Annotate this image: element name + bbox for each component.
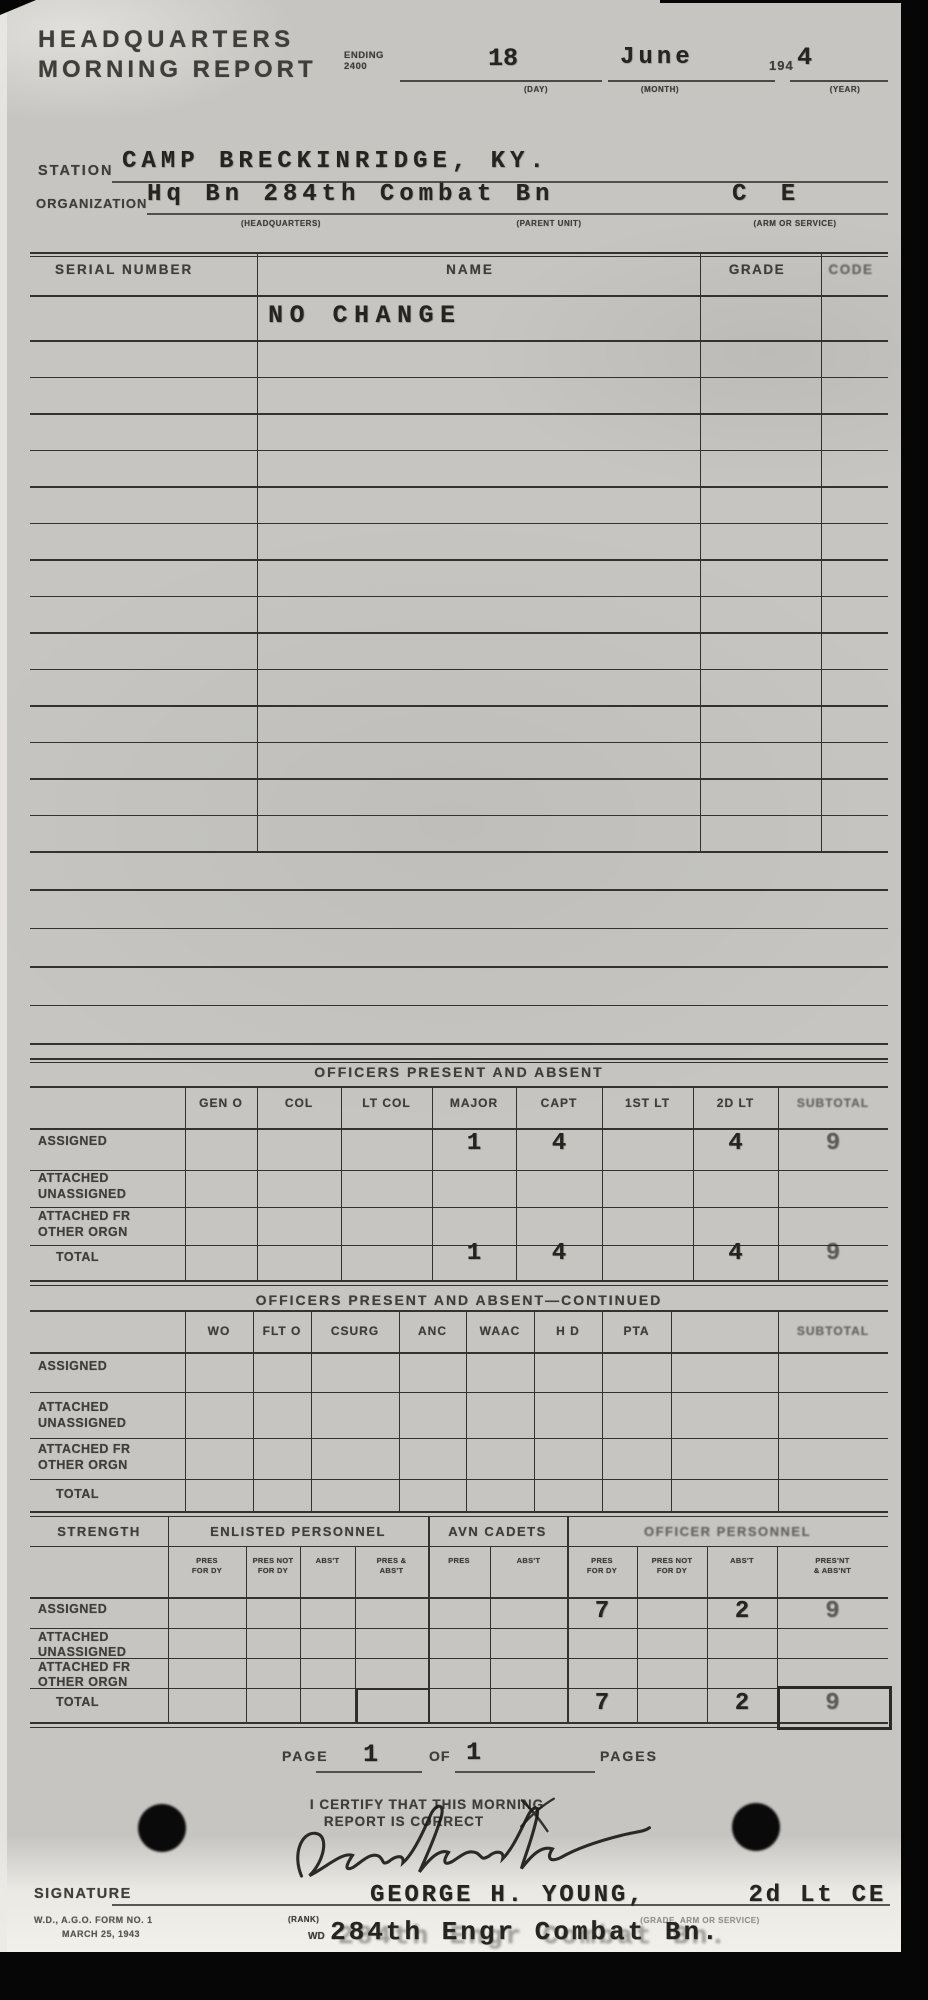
column-divider xyxy=(168,1516,169,1722)
officers-col-header: MAJOR xyxy=(450,1096,498,1110)
officers-continued-col-header: FLT O xyxy=(263,1324,302,1338)
rule-line xyxy=(30,1352,888,1354)
punch-hole-right xyxy=(732,1803,780,1851)
column-divider xyxy=(700,252,701,851)
total-pages-value: 1 xyxy=(466,1738,481,1767)
strength-col-header: ABS'T xyxy=(316,1556,340,1566)
rule-line xyxy=(30,450,888,451)
column-divider xyxy=(257,1086,258,1280)
column-divider xyxy=(821,252,822,851)
rule-line xyxy=(30,1086,888,1088)
column-divider xyxy=(671,1310,672,1511)
form-date-line: MARCH 25, 1943 xyxy=(62,1929,140,1939)
rule-line xyxy=(30,1043,888,1045)
column-divider xyxy=(257,252,258,851)
column-divider xyxy=(300,1546,301,1722)
strength-row-label: TOTAL xyxy=(56,1695,99,1710)
officers-continued-col-header: CSURG xyxy=(331,1324,379,1338)
rule-line xyxy=(30,928,888,929)
group-officer-personnel: OFFICER PERSONNEL xyxy=(644,1524,811,1539)
rule-line xyxy=(30,1722,888,1724)
wd-stamp-label: WD xyxy=(308,1931,325,1942)
officers-row-label: ATTACHED UNASSIGNED xyxy=(38,1170,126,1202)
column-divider xyxy=(778,1086,779,1280)
page-number-value: 1 xyxy=(363,1740,378,1769)
form-tables-layer: SERIAL NUMBERNAMEGRADECODENO CHANGEOFFIC… xyxy=(0,0,928,2000)
scanned-morning-report: HEADQUARTERS MORNING REPORT ENDING 2400 … xyxy=(0,0,928,2000)
rule-line xyxy=(30,256,888,257)
roster-col-name: NAME xyxy=(446,262,494,277)
column-divider xyxy=(534,1310,535,1511)
officers-col-header: COL xyxy=(285,1096,313,1110)
column-divider xyxy=(399,1310,400,1511)
rule-line xyxy=(30,486,888,488)
typed-unit-line: 284th Engr Combat Bn. xyxy=(330,1917,721,1947)
officers-continued-col-header: H D xyxy=(556,1324,580,1338)
rule-line xyxy=(30,295,888,297)
column-divider xyxy=(707,1546,708,1722)
column-divider xyxy=(602,1086,603,1280)
signature-label: SIGNATURE xyxy=(34,1886,132,1902)
officers-cell-value: 1 xyxy=(467,1240,481,1267)
officers-continued-row-label: TOTAL xyxy=(56,1486,99,1502)
rule-line xyxy=(30,1128,888,1130)
roster-col-serial-number: SERIAL NUMBER xyxy=(55,262,193,277)
officers-col-header: LT COL xyxy=(362,1096,410,1110)
strength-cell-value: 7 xyxy=(595,1598,609,1625)
strength-col-header: PRES & ABS'T xyxy=(377,1556,407,1575)
officers-continued-col-header: ANC xyxy=(418,1324,447,1338)
scan-black-top xyxy=(660,0,928,3)
officers-continued-col-header: WAAC xyxy=(480,1324,521,1338)
strength-row-label: ATTACHED UNASSIGNED xyxy=(38,1630,126,1660)
officers-row-label: ATTACHED FR OTHER ORGN xyxy=(38,1208,131,1240)
total-officer-cell-box xyxy=(777,1686,892,1730)
rule-line xyxy=(30,1062,888,1063)
scan-black-right xyxy=(901,0,928,2000)
officers-cell-value: 9 xyxy=(826,1130,840,1157)
group-avn-cadets: AVN CADETS xyxy=(448,1524,547,1539)
strength-col-header: ABS'T xyxy=(730,1556,754,1566)
rule-line xyxy=(30,632,888,634)
officers-row-label: ASSIGNED xyxy=(38,1133,107,1149)
officers-continued-row-label: ATTACHED FR OTHER ORGN xyxy=(38,1441,131,1473)
officers-cell-value: 9 xyxy=(826,1240,840,1267)
rule-line xyxy=(30,523,888,524)
roster-entry-no-change: NO CHANGE xyxy=(268,301,462,330)
officers-cell-value: 4 xyxy=(728,1130,742,1157)
scan-left-edge xyxy=(0,0,7,1952)
rule-line xyxy=(30,1546,888,1547)
column-divider xyxy=(637,1546,638,1722)
rule-line xyxy=(30,1597,888,1599)
rank-sublabel: (RANK) xyxy=(288,1915,319,1924)
strength-col-header: ABS'T xyxy=(517,1556,541,1566)
column-divider xyxy=(253,1310,254,1511)
column-divider xyxy=(516,1086,517,1280)
pages-label: PAGES xyxy=(600,1748,658,1764)
rule-line xyxy=(30,1170,888,1171)
officers-continued-col-header: PTA xyxy=(623,1324,649,1338)
strength-col-header: PRES FOR DY xyxy=(192,1556,222,1575)
rule-line xyxy=(30,1280,888,1282)
officers-continued-col-header: SUBTOTAL xyxy=(797,1324,869,1338)
roster-col-grade: GRADE xyxy=(729,262,785,277)
officers-continued-row-label: ATTACHED UNASSIGNED xyxy=(38,1399,126,1431)
rule-line xyxy=(30,1392,888,1393)
column-divider xyxy=(341,1086,342,1280)
officers-col-header: 1ST LT xyxy=(625,1096,670,1110)
officers-cell-value: 4 xyxy=(552,1130,566,1157)
signature-stroke xyxy=(295,1795,651,1880)
rule-line xyxy=(30,815,888,816)
column-divider xyxy=(246,1546,247,1722)
rule-line xyxy=(30,1479,888,1480)
rule-line xyxy=(30,1438,888,1439)
rule-line xyxy=(30,1207,888,1208)
officers-col-header: SUBTOTAL xyxy=(797,1096,869,1110)
strength-cell-value: 2 xyxy=(735,1690,749,1717)
officers-col-header: 2D LT xyxy=(717,1096,754,1110)
rule-line xyxy=(30,742,888,743)
strength-row-label: ATTACHED FR OTHER ORGN xyxy=(38,1660,131,1690)
rule-line xyxy=(30,1516,888,1517)
strength-row-label: ASSIGNED xyxy=(38,1602,107,1617)
officers-cell-value: 4 xyxy=(552,1240,566,1267)
rule-line xyxy=(30,1727,888,1728)
rule-line xyxy=(30,1058,888,1060)
strength-title: STRENGTH xyxy=(57,1524,141,1539)
column-divider xyxy=(185,1310,186,1511)
page-number-underline xyxy=(316,1771,422,1773)
column-divider xyxy=(185,1086,186,1280)
column-divider xyxy=(311,1310,312,1511)
total-enlisted-cell-box xyxy=(356,1688,430,1724)
strength-cell-value: 9 xyxy=(825,1598,839,1625)
group-enlisted-personnel: ENLISTED PERSONNEL xyxy=(210,1524,386,1539)
officers-continued-title: OFFICERS PRESENT AND ABSENT—CONTINUED xyxy=(256,1292,663,1308)
strength-col-header: PRES'NT & ABS'NT xyxy=(814,1556,851,1575)
column-divider xyxy=(693,1086,694,1280)
rule-line xyxy=(30,559,888,561)
strength-col-header: PRES xyxy=(448,1556,470,1566)
rule-line xyxy=(30,1658,888,1659)
rule-line xyxy=(30,1285,888,1286)
rule-line xyxy=(30,1310,888,1312)
officers-continued-row-label: ASSIGNED xyxy=(38,1358,107,1374)
officers-table-title: OFFICERS PRESENT AND ABSENT xyxy=(314,1064,603,1080)
rule-line xyxy=(30,1628,888,1629)
page-label: PAGE xyxy=(282,1748,329,1764)
strength-cell-value: 2 xyxy=(735,1598,749,1625)
strength-cell-value: 7 xyxy=(595,1690,609,1717)
column-divider xyxy=(490,1546,491,1722)
rule-line xyxy=(30,1688,888,1689)
officers-continued-col-header: WO xyxy=(208,1324,231,1338)
rule-line xyxy=(30,966,888,968)
rule-line xyxy=(30,1511,888,1513)
rule-line xyxy=(30,596,888,597)
officers-cell-value: 4 xyxy=(728,1240,742,1267)
typed-signature-name: GEORGE H. YOUNG, 2d Lt CE xyxy=(370,1882,886,1909)
rule-line xyxy=(30,1005,888,1006)
strength-col-header: PRES FOR DY xyxy=(587,1556,617,1575)
rule-line xyxy=(30,1245,888,1246)
rule-line xyxy=(30,669,888,670)
rule-line xyxy=(30,340,888,342)
of-label: OF xyxy=(429,1748,450,1764)
rule-line xyxy=(30,705,888,707)
roster-col-code: CODE xyxy=(828,262,873,277)
column-divider xyxy=(432,1086,433,1280)
rule-line xyxy=(30,851,888,853)
rule-line xyxy=(30,377,888,378)
officers-col-header: GEN O xyxy=(199,1096,243,1110)
strength-col-header: PRES NOT FOR DY xyxy=(253,1556,294,1575)
total-pages-underline xyxy=(455,1771,595,1773)
rule-line xyxy=(30,413,888,415)
column-divider xyxy=(778,1310,779,1511)
rule-line xyxy=(30,889,888,891)
officers-row-label: TOTAL xyxy=(56,1249,99,1265)
rule-line xyxy=(30,252,888,254)
punch-hole-left xyxy=(138,1804,186,1852)
rule-line xyxy=(30,778,888,780)
officers-col-header: CAPT xyxy=(541,1096,578,1110)
strength-col-header: PRES NOT FOR DY xyxy=(652,1556,693,1575)
column-divider xyxy=(466,1310,467,1511)
column-divider xyxy=(602,1310,603,1511)
column-divider xyxy=(567,1516,569,1722)
officers-cell-value: 1 xyxy=(467,1130,481,1157)
form-id-line: W.D., A.G.O. FORM NO. 1 xyxy=(34,1915,153,1925)
scan-black-bottom xyxy=(0,1952,928,2000)
